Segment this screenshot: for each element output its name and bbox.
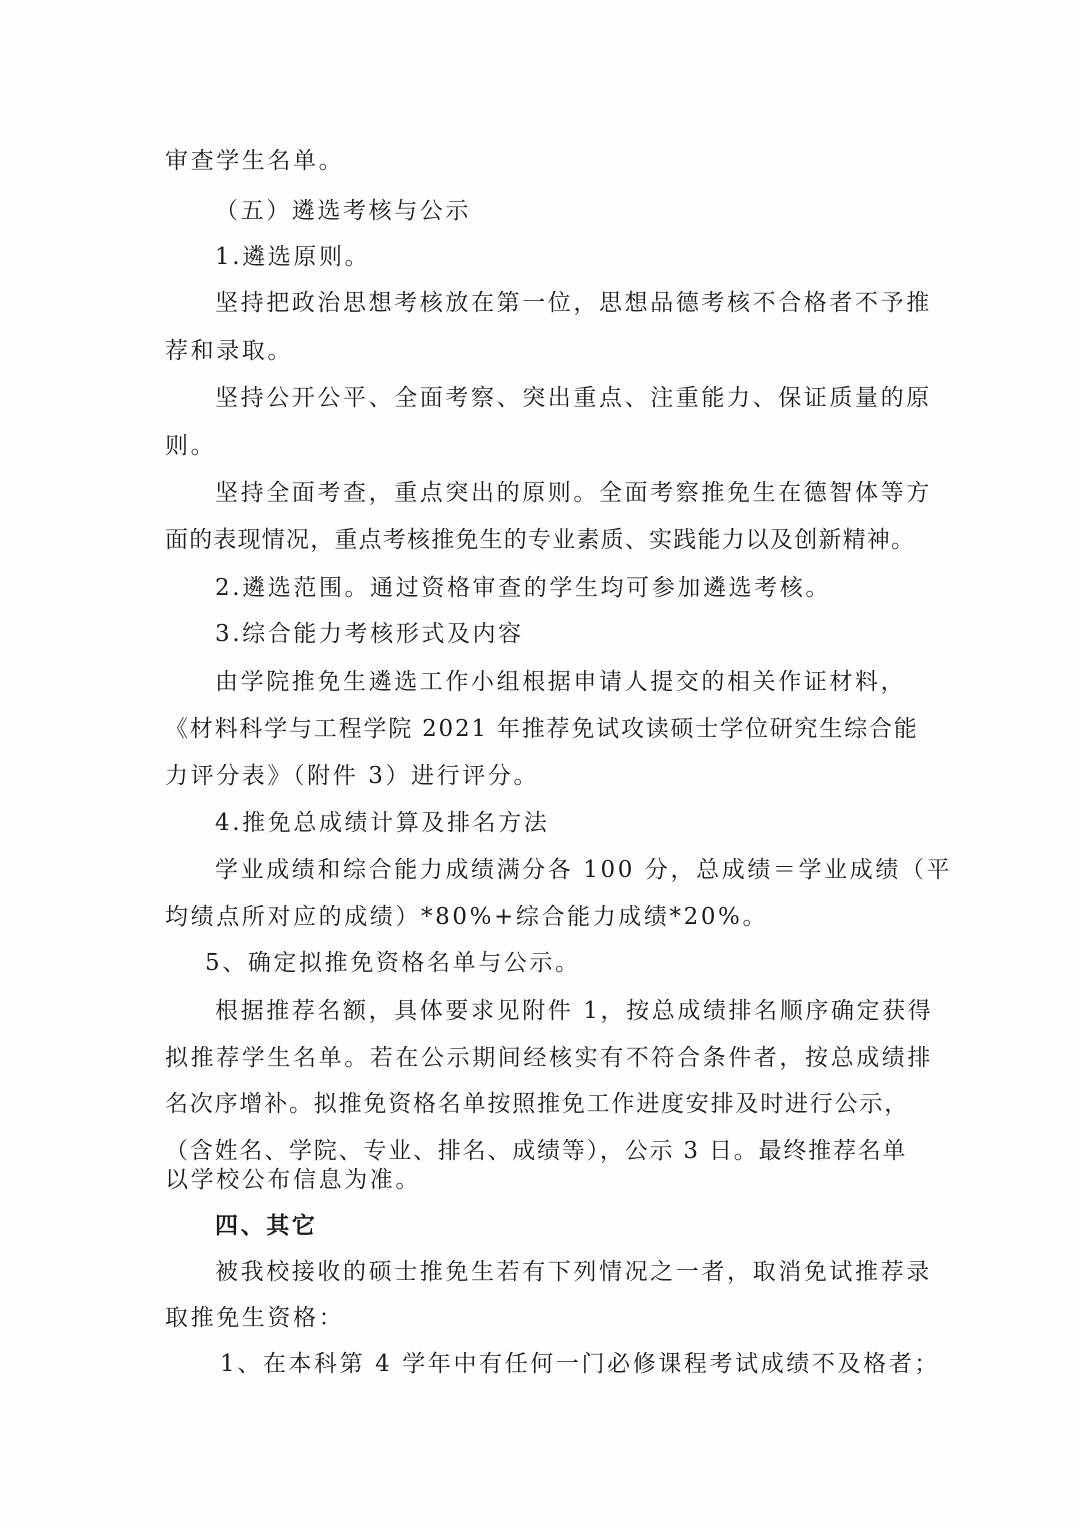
paragraph-line: 坚持把政治思想考核放在第一位，思想品德考核不合格者不予推: [215, 288, 932, 318]
paragraph-line: 则。: [165, 431, 216, 461]
paragraph-line: 被我校接收的硕士推免生若有下列情况之一者，取消免试推荐录: [215, 1257, 932, 1287]
paragraph-line: 《材料科学与工程学院 2021 年推荐免试攻读硕士学位研究生综合能: [165, 714, 919, 744]
paragraph-line: 力评分表》（附件 3）进行评分。: [165, 761, 539, 791]
paragraph-line: 坚持公开公平、全面考察、突出重点、注重能力、保证质量的原: [215, 383, 932, 413]
subsection-heading: 3.综合能力考核形式及内容: [215, 619, 524, 649]
paragraph-line: 学业成绩和综合能力成绩满分各 100 分，总成绩＝学业成绩（平: [215, 855, 952, 885]
paragraph-line: 名次序增补。拟推免资格名单按照推免工作进度安排及时进行公示，: [165, 1089, 909, 1119]
paragraph-line: 审查学生名单。: [165, 146, 344, 176]
paragraph-line: 由学院推免生遴选工作小组根据申请人提交的相关作证材料，: [215, 667, 906, 697]
document-page: 审查学生名单。 （五）遴选考核与公示 1.遴选原则。 坚持把政治思想考核放在第一…: [0, 0, 1080, 1527]
paragraph-line: 荐和录取。: [165, 336, 293, 366]
subsection-heading: 1.遴选原则。: [215, 242, 370, 272]
subsection-heading: 4.推免总成绩计算及排名方法: [215, 808, 549, 838]
paragraph-line: 拟推荐学生名单。若在公示期间经核实有不符合条件者，按总成绩排: [165, 1043, 933, 1073]
paragraph-line: 坚持全面考查，重点突出的原则。全面考察推免生在德智体等方: [215, 478, 932, 508]
section-heading: （五）遴选考核与公示: [215, 196, 471, 226]
paragraph-line: 均绩点所对应的成绩）*80%+综合能力成绩*20%。: [165, 902, 768, 932]
paragraph-line: （含姓名、学院、专业、排名、成绩等），公示 3 日。最终推荐名单: [165, 1136, 907, 1166]
chapter-heading: 四、其它: [215, 1211, 317, 1241]
paragraph-line: 面的表现情况，重点考核推免生的专业素质、实践能力以及创新精神。: [165, 525, 915, 555]
paragraph-line: 根据推荐名额，具体要求见附件 1，按总成绩排名顺序确定获得: [215, 996, 933, 1026]
list-item: 1、在本科第 4 学年中有任何一门必修课程考试成绩不及格者；: [220, 1349, 940, 1379]
paragraph-line: 以学校公布信息为准。: [165, 1165, 421, 1195]
subsection-heading: 5、确定拟推免资格名单与公示。: [205, 948, 581, 978]
paragraph-line: 取推免生资格：: [165, 1303, 344, 1333]
subsection-heading: 2.遴选范围。通过资格审查的学生均可参加遴选考核。: [215, 573, 831, 603]
